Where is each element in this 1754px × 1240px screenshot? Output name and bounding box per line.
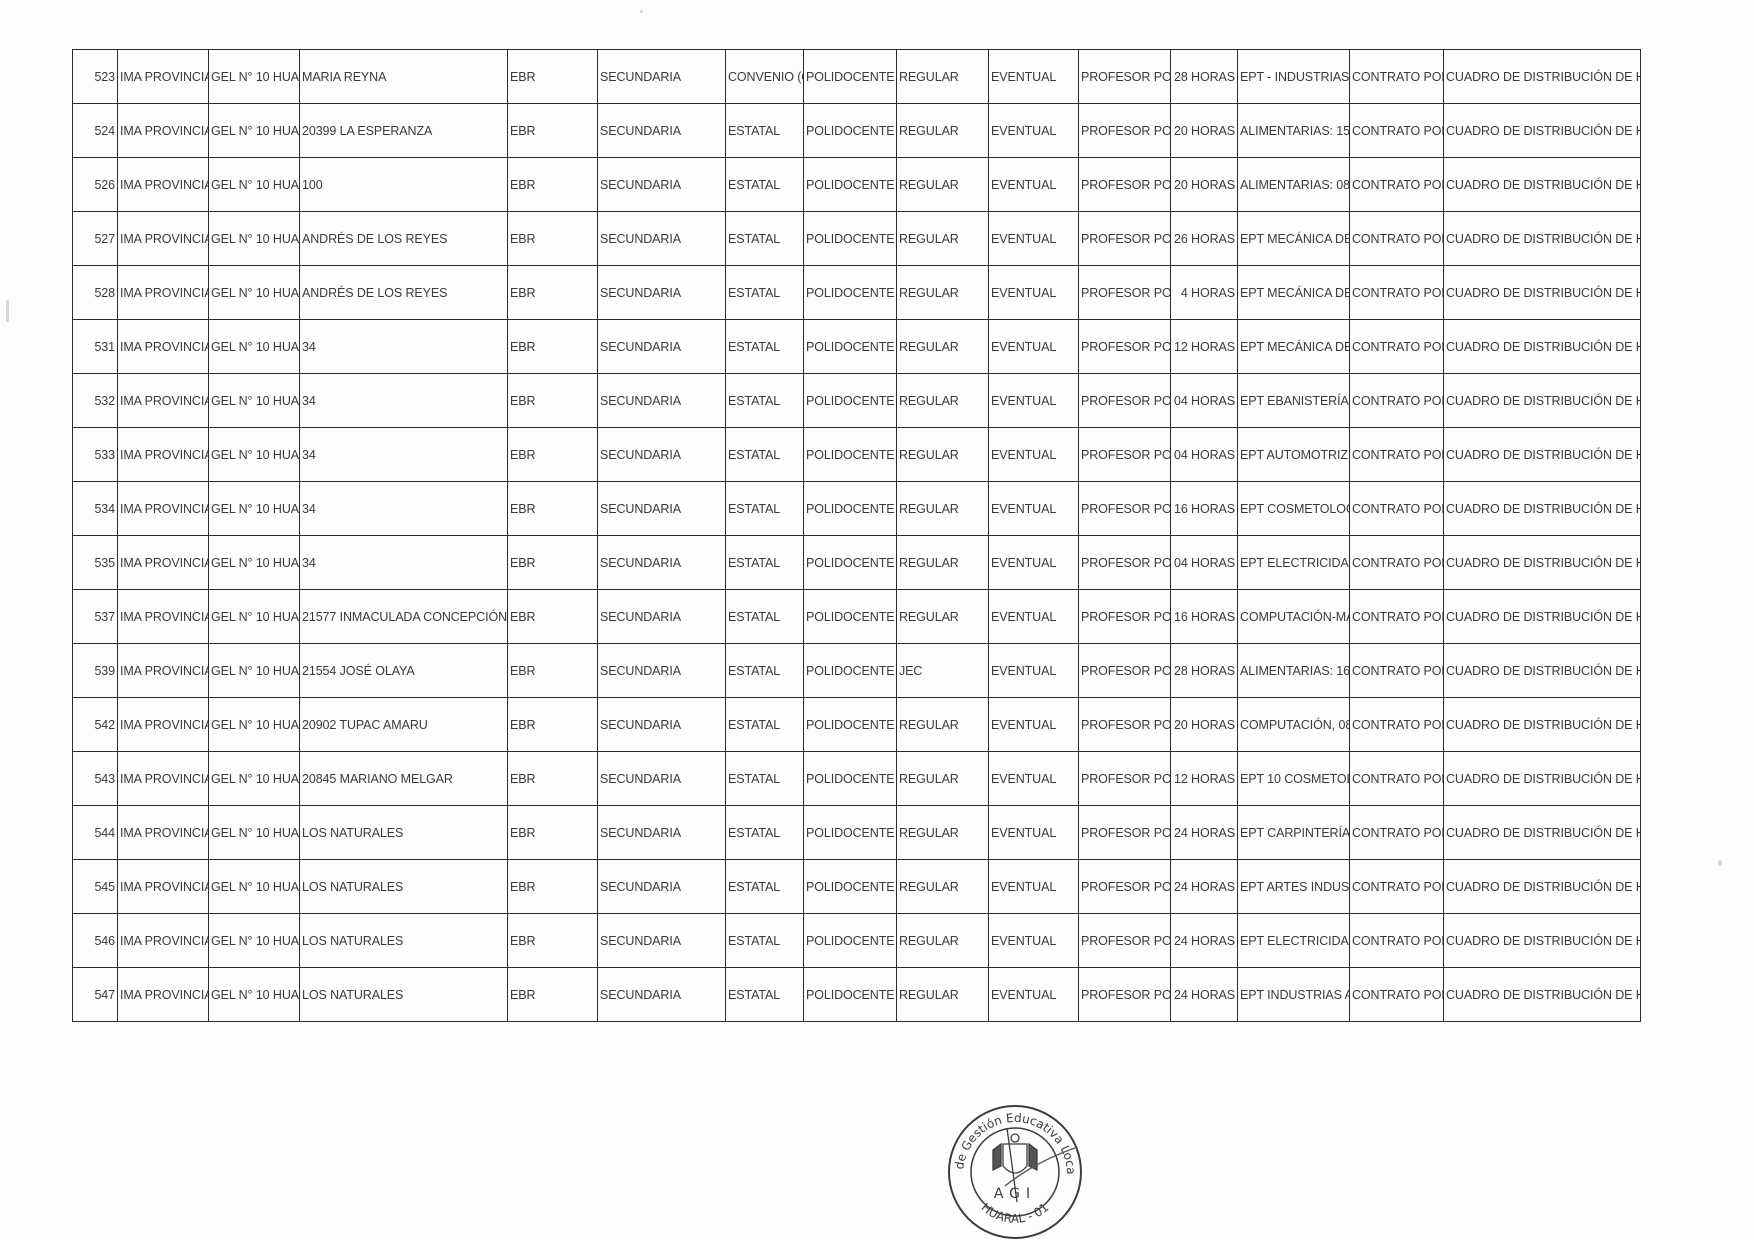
table-row: 533IMA PROVINCIAGEL N° 10 HUAR34EBRSECUN… (73, 428, 1641, 482)
area-cell: ALIMENTARIAS: 16 EPT INDUSTRIAS ALIMENTA… (1238, 644, 1350, 698)
ugel-cell: GEL N° 10 HUAR (209, 266, 300, 320)
ugel-cell: GEL N° 10 HUAR (209, 158, 300, 212)
dre-cell: IMA PROVINCIA (118, 428, 209, 482)
row-number: 524 (73, 104, 118, 158)
characteristic-cell: POLIDOCENTE COMPLETO (804, 644, 897, 698)
position-cell: PROFESOR POR HORAS (1079, 374, 1171, 428)
supporting-document-cell: CUADRO DE DISTRIBUCIÓN DE HORAS PEDAGÓGI… (1444, 968, 1641, 1022)
level-cell: SECUNDARIA (598, 806, 726, 860)
schedule-type-cell: REGULAR (897, 698, 989, 752)
characteristic-cell: POLIDOCENTE COMPLETO (804, 590, 897, 644)
reason-cell: EVENTUAL (989, 860, 1079, 914)
reason-cell: EVENTUAL (989, 752, 1079, 806)
contract-type-cell: CONTRATO POR HORAS (1350, 482, 1444, 536)
level-cell: SECUNDARIA (598, 428, 726, 482)
characteristic-cell: POLIDOCENTE COMPLETO (804, 374, 897, 428)
reason-cell: EVENTUAL (989, 698, 1079, 752)
modality-cell: EBR (508, 428, 598, 482)
supporting-document-cell: CUADRO DE DISTRIBUCIÓN DE HORAS PEDAGÓGI… (1444, 806, 1641, 860)
supporting-document-cell: CUADRO DE DISTRIBUCIÓN DE HORAS PEDAGÓGI… (1444, 698, 1641, 752)
schedule-type-cell: REGULAR (897, 50, 989, 104)
schedule-type-cell: REGULAR (897, 428, 989, 482)
dre-cell: IMA PROVINCIA (118, 644, 209, 698)
hours-cell: 12 HORAS (1171, 320, 1238, 374)
dre-cell: IMA PROVINCIA (118, 590, 209, 644)
contract-type-cell: CONTRATO POR HORAS (1350, 266, 1444, 320)
school-cell: 34 (300, 374, 508, 428)
modality-cell: EBR (508, 806, 598, 860)
hours-cell: 16 HORAS (1171, 590, 1238, 644)
dre-cell: IMA PROVINCIA (118, 266, 209, 320)
modality-cell: EBR (508, 590, 598, 644)
modality-cell: EBR (508, 104, 598, 158)
ugel-cell: GEL N° 10 HUAR (209, 482, 300, 536)
modality-cell: EBR (508, 752, 598, 806)
schedule-type-cell: REGULAR (897, 968, 989, 1022)
reason-cell: EVENTUAL (989, 428, 1079, 482)
signature-stroke (1005, 1148, 1075, 1186)
reason-cell: EVENTUAL (989, 212, 1079, 266)
hours-cell: 20 HORAS (1171, 698, 1238, 752)
modality-cell: EBR (508, 212, 598, 266)
area-cell: EPT COSMETOLOGÍA (1238, 482, 1350, 536)
hours-cell: 28 HORAS (1171, 50, 1238, 104)
dre-cell: IMA PROVINCIA (118, 914, 209, 968)
table-row: 531IMA PROVINCIAGEL N° 10 HUAR34EBRSECUN… (73, 320, 1641, 374)
supporting-document-cell: CUADRO DE DISTRIBUCIÓN DE HORAS PEDAGÓGI… (1444, 590, 1641, 644)
row-number: 523 (73, 50, 118, 104)
management-cell: ESTATAL (726, 698, 804, 752)
schedule-type-cell: REGULAR (897, 806, 989, 860)
management-cell: ESTATAL (726, 320, 804, 374)
supporting-document-cell: CUADRO DE DISTRIBUCIÓN DE HORAS PEDAGÓGI… (1444, 428, 1641, 482)
official-stamp: Unidad de Gestión Educativa Local N° 10 … (945, 1102, 1085, 1240)
modality-cell: EBR (508, 374, 598, 428)
characteristic-cell: POLIDOCENTE COMPLETO (804, 50, 897, 104)
contract-type-cell: CONTRATO POR HORAS (1350, 104, 1444, 158)
area-cell: EPT 10 COSMETOLOGÍA, 02 TOE (1238, 752, 1350, 806)
reason-cell: EVENTUAL (989, 104, 1079, 158)
management-cell: ESTATAL (726, 968, 804, 1022)
table-row: 523IMA PROVINCIAGEL N° 10 HUARMARIA REYN… (73, 50, 1641, 104)
level-cell: SECUNDARIA (598, 644, 726, 698)
management-cell: ESTATAL (726, 536, 804, 590)
table-row: 524IMA PROVINCIAGEL N° 10 HUAR20399 LA E… (73, 104, 1641, 158)
row-number: 531 (73, 320, 118, 374)
characteristic-cell: POLIDOCENTE COMPLETO (804, 860, 897, 914)
row-number: 539 (73, 644, 118, 698)
level-cell: SECUNDARIA (598, 914, 726, 968)
school-cell: LOS NATURALES (300, 968, 508, 1022)
dre-cell: IMA PROVINCIA (118, 860, 209, 914)
hours-cell: 24 HORAS (1171, 968, 1238, 1022)
table-row: 528IMA PROVINCIAGEL N° 10 HUARANDRÉS DE … (73, 266, 1641, 320)
hours-cell: 24 HORAS (1171, 914, 1238, 968)
modality-cell: EBR (508, 536, 598, 590)
ugel-cell: GEL N° 10 HUAR (209, 104, 300, 158)
hours-cell: 04 HORAS (1171, 536, 1238, 590)
school-cell: 20399 LA ESPERANZA (300, 104, 508, 158)
modality-cell: EBR (508, 158, 598, 212)
contract-type-cell: CONTRATO POR HORAS (1350, 158, 1444, 212)
supporting-document-cell: CUADRO DE DISTRIBUCIÓN DE HORAS PEDAGÓGI… (1444, 320, 1641, 374)
level-cell: SECUNDARIA (598, 374, 726, 428)
ugel-cell: GEL N° 10 HUAR (209, 590, 300, 644)
management-cell: ESTATAL (726, 374, 804, 428)
school-cell: MARIA REYNA (300, 50, 508, 104)
management-cell: ESTATAL (726, 752, 804, 806)
contract-type-cell: CONTRATO POR HORAS (1350, 536, 1444, 590)
dre-cell: IMA PROVINCIA (118, 968, 209, 1022)
characteristic-cell: POLIDOCENTE COMPLETO (804, 320, 897, 374)
table-row: 547IMA PROVINCIAGEL N° 10 HUARLOS NATURA… (73, 968, 1641, 1022)
modality-cell: EBR (508, 698, 598, 752)
contract-type-cell: CONTRATO POR HORAS (1350, 914, 1444, 968)
schedule-type-cell: JEC (897, 644, 989, 698)
table-row: 544IMA PROVINCIAGEL N° 10 HUARLOS NATURA… (73, 806, 1641, 860)
ugel-cell: GEL N° 10 HUAR (209, 536, 300, 590)
supporting-document-cell: CUADRO DE DISTRIBUCIÓN DE HORAS PEDAGÓGI… (1444, 266, 1641, 320)
dre-cell: IMA PROVINCIA (118, 50, 209, 104)
position-cell: PROFESOR POR HORAS (1079, 698, 1171, 752)
school-cell: LOS NATURALES (300, 806, 508, 860)
level-cell: SECUNDARIA (598, 590, 726, 644)
row-number: 532 (73, 374, 118, 428)
level-cell: SECUNDARIA (598, 968, 726, 1022)
hours-cell: 20 HORAS (1171, 104, 1238, 158)
hours-cell: 04 HORAS (1171, 428, 1238, 482)
supporting-document-cell: CUADRO DE DISTRIBUCIÓN DE HORAS PEDAGÓGI… (1444, 860, 1641, 914)
contract-type-cell: CONTRATO POR HORAS (1350, 590, 1444, 644)
characteristic-cell: POLIDOCENTE COMPLETO (804, 428, 897, 482)
area-cell: EPT ELECTRICIDAD (1238, 914, 1350, 968)
school-cell: ANDRÉS DE LOS REYES (300, 266, 508, 320)
school-cell: 21554 JOSÉ OLAYA (300, 644, 508, 698)
schedule-type-cell: REGULAR (897, 158, 989, 212)
table-row: 545IMA PROVINCIAGEL N° 10 HUARLOS NATURA… (73, 860, 1641, 914)
school-cell: 34 (300, 536, 508, 590)
dre-cell: IMA PROVINCIA (118, 482, 209, 536)
teacher-contract-table: 523IMA PROVINCIAGEL N° 10 HUARMARIA REYN… (72, 49, 1641, 1022)
reason-cell: EVENTUAL (989, 590, 1079, 644)
school-cell: 34 (300, 320, 508, 374)
schedule-type-cell: REGULAR (897, 104, 989, 158)
ugel-cell: GEL N° 10 HUAR (209, 374, 300, 428)
level-cell: SECUNDARIA (598, 320, 726, 374)
modality-cell: EBR (508, 968, 598, 1022)
school-cell: 100 (300, 158, 508, 212)
modality-cell: EBR (508, 644, 598, 698)
scan-artifact (6, 300, 9, 322)
table-row: 532IMA PROVINCIAGEL N° 10 HUAR34EBRSECUN… (73, 374, 1641, 428)
contract-type-cell: CONTRATO POR HORAS (1350, 698, 1444, 752)
supporting-document-cell: CUADRO DE DISTRIBUCIÓN DE HORAS PEDAGÓGI… (1444, 158, 1641, 212)
school-cell: LOS NATURALES (300, 860, 508, 914)
row-number: 535 (73, 536, 118, 590)
area-cell: EPT MECÁNICA DE PRODUCCIÓN (1238, 266, 1350, 320)
contract-type-cell: CONTRATO POR HORAS (1350, 320, 1444, 374)
hours-cell: 4 HORAS (1171, 266, 1238, 320)
position-cell: PROFESOR POR HORAS (1079, 320, 1171, 374)
level-cell: SECUNDARIA (598, 50, 726, 104)
level-cell: SECUNDARIA (598, 482, 726, 536)
area-cell: EPT ARTES INDUSTRIALES (1238, 860, 1350, 914)
table-row: 546IMA PROVINCIAGEL N° 10 HUARLOS NATURA… (73, 914, 1641, 968)
schedule-type-cell: REGULAR (897, 590, 989, 644)
management-cell: ESTATAL (726, 590, 804, 644)
level-cell: SECUNDARIA (598, 158, 726, 212)
characteristic-cell: POLIDOCENTE COMPLETO (804, 752, 897, 806)
row-number: 534 (73, 482, 118, 536)
management-cell: CONVENIO (ODEC) (726, 50, 804, 104)
row-number: 528 (73, 266, 118, 320)
position-cell: PROFESOR POR HORAS (1079, 590, 1171, 644)
position-cell: PROFESOR POR HORAS (1079, 50, 1171, 104)
management-cell: ESTATAL (726, 104, 804, 158)
hours-cell: 24 HORAS (1171, 860, 1238, 914)
position-cell: PROFESOR POR HORAS (1079, 212, 1171, 266)
school-cell: ANDRÉS DE LOS REYES (300, 212, 508, 266)
management-cell: ESTATAL (726, 860, 804, 914)
management-cell: ESTATAL (726, 806, 804, 860)
contract-type-cell: CONTRATO POR HORAS (1350, 428, 1444, 482)
contract-type-cell: CONTRATO POR HORAS (1350, 374, 1444, 428)
contract-type-cell: CONTRATO POR HORAS (1350, 806, 1444, 860)
table-row: 535IMA PROVINCIAGEL N° 10 HUAR34EBRSECUN… (73, 536, 1641, 590)
dre-cell: IMA PROVINCIA (118, 806, 209, 860)
reason-cell: EVENTUAL (989, 914, 1079, 968)
level-cell: SECUNDARIA (598, 752, 726, 806)
coat-of-arms-icon (993, 1128, 1037, 1202)
area-cell: COMPUTACIÓN, 08 ARTE Y CULTURA, 04 TOE (1238, 698, 1350, 752)
management-cell: ESTATAL (726, 644, 804, 698)
modality-cell: EBR (508, 266, 598, 320)
supporting-document-cell: CUADRO DE DISTRIBUCIÓN DE HORAS PEDAGÓGI… (1444, 914, 1641, 968)
hours-cell: 16 HORAS (1171, 482, 1238, 536)
dre-cell: IMA PROVINCIA (118, 374, 209, 428)
dre-cell: IMA PROVINCIA (118, 698, 209, 752)
ugel-cell: GEL N° 10 HUAR (209, 50, 300, 104)
reason-cell: EVENTUAL (989, 50, 1079, 104)
area-cell: EPT CARPINTERÍA (1238, 806, 1350, 860)
characteristic-cell: POLIDOCENTE COMPLETO (804, 968, 897, 1022)
ugel-cell: GEL N° 10 HUAR (209, 860, 300, 914)
level-cell: SECUNDARIA (598, 698, 726, 752)
dre-cell: IMA PROVINCIA (118, 104, 209, 158)
position-cell: PROFESOR POR HORAS (1079, 752, 1171, 806)
supporting-document-cell: CUADRO DE DISTRIBUCIÓN DE HORAS PEDAGÓGI… (1444, 644, 1641, 698)
level-cell: SECUNDARIA (598, 212, 726, 266)
management-cell: ESTATAL (726, 482, 804, 536)
contract-type-cell: CONTRATO POR HORAS (1350, 860, 1444, 914)
area-cell: COMPUTACIÓN-MATEMÁTICA: 10 EPT (1238, 590, 1350, 644)
row-number: 545 (73, 860, 118, 914)
schedule-type-cell: REGULAR (897, 536, 989, 590)
supporting-document-cell: CUADRO DE DISTRIBUCIÓN DE HORAS PEDAGÓGI… (1444, 50, 1641, 104)
modality-cell: EBR (508, 320, 598, 374)
ugel-cell: GEL N° 10 HUAR (209, 320, 300, 374)
reason-cell: EVENTUAL (989, 806, 1079, 860)
ugel-cell: GEL N° 10 HUAR (209, 752, 300, 806)
scan-artifact (1718, 860, 1722, 866)
characteristic-cell: POLIDOCENTE COMPLETO (804, 212, 897, 266)
ugel-cell: GEL N° 10 HUAR (209, 968, 300, 1022)
area-cell: ALIMENTARIAS: 15 INDUSTRIAS ALIMETARIAS,… (1238, 104, 1350, 158)
characteristic-cell: POLIDOCENTE COMPLETO (804, 482, 897, 536)
hours-cell: 04 HORAS (1171, 374, 1238, 428)
position-cell: PROFESOR POR HORAS (1079, 266, 1171, 320)
ugel-cell: GEL N° 10 HUAR (209, 212, 300, 266)
ugel-cell: GEL N° 10 HUAR (209, 698, 300, 752)
hours-cell: 24 HORAS (1171, 806, 1238, 860)
supporting-document-cell: CUADRO DE DISTRIBUCIÓN DE HORAS PEDAGÓGI… (1444, 482, 1641, 536)
position-cell: PROFESOR POR HORAS (1079, 428, 1171, 482)
scan-artifact (640, 10, 643, 13)
level-cell: SECUNDARIA (598, 860, 726, 914)
schedule-type-cell: REGULAR (897, 860, 989, 914)
dre-cell: IMA PROVINCIA (118, 320, 209, 374)
characteristic-cell: POLIDOCENTE COMPLETO (804, 266, 897, 320)
hours-cell: 12 HORAS (1171, 752, 1238, 806)
supporting-document-cell: CUADRO DE DISTRIBUCIÓN DE HORAS PEDAGÓGI… (1444, 104, 1641, 158)
contract-type-cell: CONTRATO POR HORAS (1350, 752, 1444, 806)
table-row: 539IMA PROVINCIAGEL N° 10 HUAR21554 JOSÉ… (73, 644, 1641, 698)
position-cell: PROFESOR POR HORAS (1079, 644, 1171, 698)
position-cell: PROFESOR POR HORAS (1079, 482, 1171, 536)
level-cell: SECUNDARIA (598, 104, 726, 158)
management-cell: ESTATAL (726, 158, 804, 212)
reason-cell: EVENTUAL (989, 374, 1079, 428)
contract-type-cell: CONTRATO POR HORAS (1350, 968, 1444, 1022)
characteristic-cell: POLIDOCENTE COMPLETO (804, 698, 897, 752)
level-cell: SECUNDARIA (598, 536, 726, 590)
position-cell: PROFESOR POR HORAS (1079, 914, 1171, 968)
reason-cell: EVENTUAL (989, 266, 1079, 320)
ugel-cell: GEL N° 10 HUAR (209, 428, 300, 482)
area-cell: EPT AUTOMOTRIZ (1238, 428, 1350, 482)
row-number: 537 (73, 590, 118, 644)
school-cell: 34 (300, 428, 508, 482)
schedule-type-cell: REGULAR (897, 482, 989, 536)
reason-cell: EVENTUAL (989, 968, 1079, 1022)
ugel-cell: GEL N° 10 HUAR (209, 914, 300, 968)
row-number: 546 (73, 914, 118, 968)
level-cell: SECUNDARIA (598, 266, 726, 320)
school-cell: 21577 INMACULADA CONCEPCIÓN (300, 590, 508, 644)
schedule-type-cell: REGULAR (897, 914, 989, 968)
row-number: 547 (73, 968, 118, 1022)
row-number: 544 (73, 806, 118, 860)
dre-cell: IMA PROVINCIA (118, 212, 209, 266)
row-number: 526 (73, 158, 118, 212)
modality-cell: EBR (508, 860, 598, 914)
stamp-bottom-text: HUARAL - 01 (979, 1200, 1052, 1226)
area-cell: EPT EBANISTERÍA (1238, 374, 1350, 428)
schedule-type-cell: REGULAR (897, 752, 989, 806)
schedule-type-cell: REGULAR (897, 320, 989, 374)
characteristic-cell: POLIDOCENTE COMPLETO (804, 914, 897, 968)
characteristic-cell: POLIDOCENTE COMPLETO (804, 158, 897, 212)
area-cell: EPT MECÁNICA DE PRODUCCIÓN (1238, 320, 1350, 374)
svg-text:HUARAL - 01: HUARAL - 01 (979, 1200, 1052, 1226)
schedule-type-cell: REGULAR (897, 212, 989, 266)
management-cell: ESTATAL (726, 428, 804, 482)
table-row: 542IMA PROVINCIAGEL N° 10 HUAR20902 TUPA… (73, 698, 1641, 752)
area-cell: EPT ELECTRICIDAD (1238, 536, 1350, 590)
position-cell: PROFESOR POR HORAS (1079, 806, 1171, 860)
ugel-cell: GEL N° 10 HUAR (209, 806, 300, 860)
table-row: 537IMA PROVINCIAGEL N° 10 HUAR21577 INMA… (73, 590, 1641, 644)
contract-type-cell: CONTRATO POR HORAS (1350, 644, 1444, 698)
reason-cell: EVENTUAL (989, 158, 1079, 212)
position-cell: PROFESOR POR HORAS (1079, 158, 1171, 212)
school-cell: 20902 TUPAC AMARU (300, 698, 508, 752)
supporting-document-cell: CUADRO DE DISTRIBUCIÓN DE HORAS PEDAGÓGI… (1444, 212, 1641, 266)
table-row: 534IMA PROVINCIAGEL N° 10 HUAR34EBRSECUN… (73, 482, 1641, 536)
area-cell: EPT MECÁNICA DE PRODUCCIÓN (1238, 212, 1350, 266)
schedule-type-cell: REGULAR (897, 374, 989, 428)
characteristic-cell: POLIDOCENTE COMPLETO (804, 806, 897, 860)
schedule-type-cell: REGULAR (897, 266, 989, 320)
table-row: 526IMA PROVINCIAGEL N° 10 HUAR100EBRSECU… (73, 158, 1641, 212)
position-cell: PROFESOR POR HORAS (1079, 968, 1171, 1022)
modality-cell: EBR (508, 914, 598, 968)
management-cell: ESTATAL (726, 914, 804, 968)
school-cell: 20845 MARIANO MELGAR (300, 752, 508, 806)
area-cell: EPT INDUSTRIAS ALIMENTARIAS (1238, 968, 1350, 1022)
characteristic-cell: POLIDOCENTE COMPLETO (804, 536, 897, 590)
supporting-document-cell: CUADRO DE DISTRIBUCIÓN DE HORAS PEDAGÓGI… (1444, 374, 1641, 428)
hours-cell: 20 HORAS (1171, 158, 1238, 212)
management-cell: ESTATAL (726, 266, 804, 320)
supporting-document-cell: CUADRO DE DISTRIBUCIÓN DE HORAS PEDAGÓGI… (1444, 536, 1641, 590)
hours-cell: 26 HORAS (1171, 212, 1238, 266)
contract-type-cell: CONTRATO POR HORAS (1350, 212, 1444, 266)
row-number: 533 (73, 428, 118, 482)
area-cell: EPT - INDUSTRIAS ALIMENTARIAS (1238, 50, 1350, 104)
stamp-center-text: AGI (994, 1186, 1036, 1202)
supporting-document-cell: CUADRO DE DISTRIBUCIÓN DE HORAS PEDAGÓGI… (1444, 752, 1641, 806)
reason-cell: EVENTUAL (989, 536, 1079, 590)
dre-cell: IMA PROVINCIA (118, 158, 209, 212)
reason-cell: EVENTUAL (989, 482, 1079, 536)
school-cell: LOS NATURALES (300, 914, 508, 968)
row-number: 527 (73, 212, 118, 266)
hours-cell: 28 HORAS (1171, 644, 1238, 698)
table-row: 527IMA PROVINCIAGEL N° 10 HUARANDRÉS DE … (73, 212, 1641, 266)
characteristic-cell: POLIDOCENTE COMPLETO (804, 104, 897, 158)
ugel-cell: GEL N° 10 HUAR (209, 644, 300, 698)
modality-cell: EBR (508, 482, 598, 536)
row-number: 542 (73, 698, 118, 752)
stamp-ring-text: Unidad de Gestión Educativa Local N° 10 (945, 1102, 1078, 1175)
dre-cell: IMA PROVINCIA (118, 536, 209, 590)
table-row: 543IMA PROVINCIAGEL N° 10 HUAR20845 MARI… (73, 752, 1641, 806)
position-cell: PROFESOR POR HORAS (1079, 104, 1171, 158)
modality-cell: EBR (508, 50, 598, 104)
management-cell: ESTATAL (726, 212, 804, 266)
area-cell: ALIMENTARIAS: 08 INDUSTRIAS ALIMENTARIAS… (1238, 158, 1350, 212)
position-cell: PROFESOR POR HORAS (1079, 536, 1171, 590)
school-cell: 34 (300, 482, 508, 536)
dre-cell: IMA PROVINCIA (118, 752, 209, 806)
position-cell: PROFESOR POR HORAS (1079, 860, 1171, 914)
contract-type-cell: CONTRATO POR HORAS (1350, 50, 1444, 104)
reason-cell: EVENTUAL (989, 644, 1079, 698)
reason-cell: EVENTUAL (989, 320, 1079, 374)
svg-text:Unidad de Gestión Educativa Lo: Unidad de Gestión Educativa Local N° 10 (945, 1102, 1078, 1175)
row-number: 543 (73, 752, 118, 806)
